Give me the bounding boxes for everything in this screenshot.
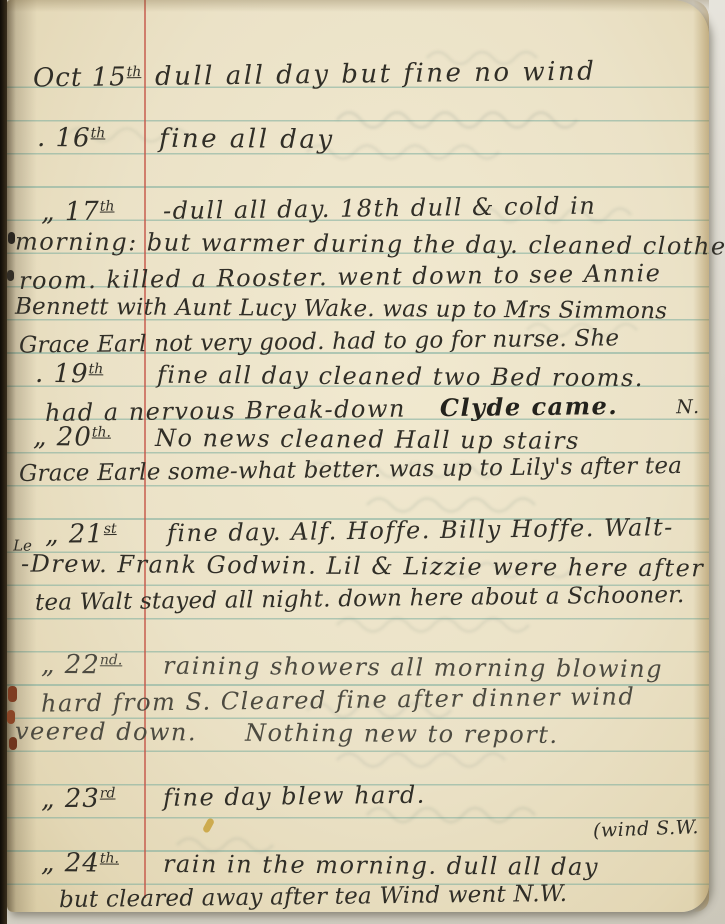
scanned-diary-page: Oct 15thdull all day but fine no wind . …	[0, 0, 725, 924]
continuation-line: Le-Drew. Frank Godwin. Lil & Lizzie were…	[21, 550, 704, 583]
diary-entry-line: „ 22nd.raining showers all morning blowi…	[41, 650, 663, 684]
entry-text: -dull all day. 18th dull & cold in	[163, 192, 597, 225]
ordinal-superscript: th.	[92, 425, 111, 441]
date-label: „ 23	[41, 784, 100, 815]
entry-text-emphasis: Clyde came.	[440, 391, 619, 422]
entry-text: veered down.	[15, 717, 197, 746]
ordinal-superscript: rd	[100, 785, 116, 801]
entry-text: Nothing new to report.	[245, 719, 559, 749]
inserted-word: Le	[13, 537, 32, 555]
entry-text: -Drew. Frank Godwin. Lil & Lizzie were h…	[21, 550, 704, 583]
diary-entry-line: „ 24th.rain in the morning. dull all day	[41, 848, 599, 882]
entry-text: fine all day	[159, 124, 335, 155]
date-label: „ 24	[41, 848, 100, 878]
notebook-page: Oct 15thdull all day but fine no wind . …	[7, 0, 709, 912]
ordinal-superscript: th.	[100, 850, 119, 866]
ordinal-superscript: nd.	[100, 652, 123, 668]
binding-stitch	[8, 686, 17, 702]
diary-entry-line: . 16thfine all day	[37, 123, 335, 155]
entry-text: but cleared away after tea Wind went N.W…	[59, 881, 567, 913]
top-edge-shadow	[7, 0, 709, 12]
entry-text: fine all day cleaned two Bed rooms.	[157, 361, 644, 392]
continuation-line: veered down.Nothing new to report.	[15, 717, 559, 749]
entry-text: fine day. Alf. Hoffe. Billy Hoffe. Walt-	[167, 513, 674, 547]
ordinal-superscript: th	[100, 198, 115, 214]
entry-note-mark: N.	[676, 396, 701, 418]
continuation-line: morning: but warmer during the day. clea…	[15, 227, 725, 260]
entry-text: dull all day but fine no wind	[155, 57, 597, 92]
binding-mark	[8, 232, 15, 244]
entry-text: Bennett with Aunt Lucy Wake. was up to M…	[15, 294, 667, 325]
diary-entry-line: „ 23rdfine day blew hard.	[41, 780, 426, 815]
ordinal-superscript: th	[127, 64, 142, 80]
binding-shadow	[7, 0, 37, 912]
entry-text: rain in the morning. dull all day	[163, 850, 599, 881]
ordinal-superscript: th	[89, 361, 104, 377]
binding-gutter	[0, 0, 7, 924]
binding-mark	[7, 270, 14, 281]
date-label: Oct 15	[33, 62, 127, 93]
entry-text: fine day blew hard.	[163, 781, 426, 812]
ordinal-superscript: st	[104, 521, 117, 537]
wind-annotation: (wind S.W.	[593, 816, 700, 842]
diary-entry-line: . 19thfine all day cleaned two Bed rooms…	[35, 359, 644, 393]
entry-text: No news cleaned Hall up stairs	[155, 424, 580, 455]
binding-stitch	[7, 710, 15, 724]
continuation-line: Bennett with Aunt Lucy Wake. was up to M…	[15, 294, 667, 325]
ordinal-superscript: th	[91, 125, 106, 141]
continuation-line: but cleared away after tea Wind went N.W…	[59, 881, 567, 913]
diary-entry-line: „ 20th.No news cleaned Hall up stairs	[33, 422, 580, 456]
date-label: „ 17	[41, 197, 100, 228]
date-label: . 16	[37, 123, 91, 153]
date-label: „ 21	[45, 519, 104, 550]
entry-text: raining showers all morning blowing	[163, 652, 663, 683]
date-label: „ 20	[33, 422, 92, 452]
entry-text: morning: but warmer during the day. clea…	[15, 227, 725, 260]
page-edge-shadow	[691, 0, 709, 912]
date-label: „ 22	[41, 650, 100, 680]
date-label: . 19	[35, 359, 89, 389]
